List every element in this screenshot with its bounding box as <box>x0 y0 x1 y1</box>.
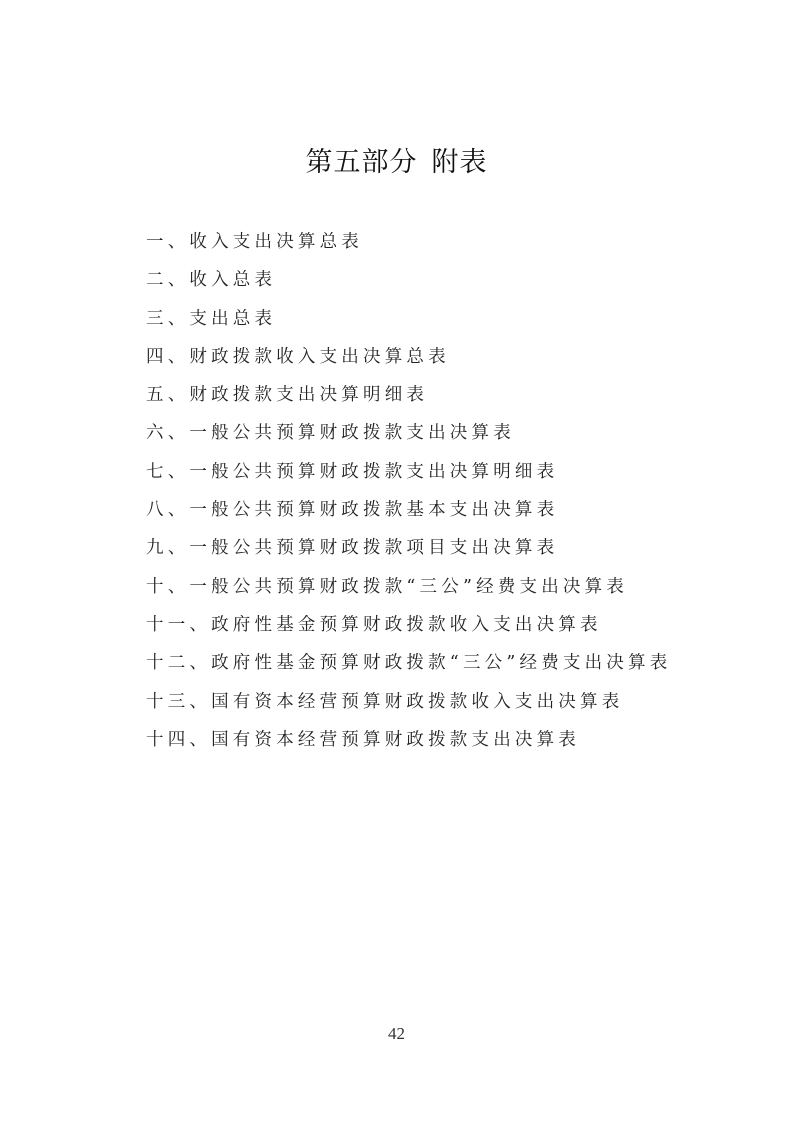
toc-item-number: 十、 <box>146 577 189 597</box>
toc-item: 二、收入总表 <box>146 265 671 303</box>
toc-item-number: 七、 <box>146 462 189 482</box>
toc-item: 十四、国有资本经营预算财政拨款支出决算表 <box>146 725 671 763</box>
toc-item-number: 十一、 <box>146 615 211 635</box>
toc-item: 五、财政拨款支出决算明细表 <box>146 380 671 418</box>
toc-item-label: 国有资本经营预算财政拨款支出决算表 <box>211 730 580 750</box>
toc-item-label: 一般公共预算财政拨款基本支出决算表 <box>189 500 558 520</box>
toc-item-number: 四、 <box>146 347 189 367</box>
toc-item: 四、财政拨款收入支出决算总表 <box>146 342 671 380</box>
toc-item-number: 八、 <box>146 500 189 520</box>
toc-item: 一、收入支出决算总表 <box>146 227 671 265</box>
title-part: 附表 <box>432 147 488 178</box>
toc-item: 八、一般公共预算财政拨款基本支出决算表 <box>146 495 671 533</box>
toc-item-label: 财政拨款支出决算明细表 <box>189 385 428 405</box>
page-title: 第五部分附表 <box>0 140 793 179</box>
toc-item-number: 十三、 <box>146 692 211 712</box>
toc-item-label: 一般公共预算财政拨款项目支出决算表 <box>189 538 558 558</box>
toc-item-number: 三、 <box>146 309 189 329</box>
toc-item-label: 收入支出决算总表 <box>189 232 363 252</box>
toc-item-label: 收入总表 <box>189 270 276 290</box>
toc-item: 十、一般公共预算财政拨款“三公”经费支出决算表 <box>146 572 671 610</box>
toc-item: 十一、政府性基金预算财政拨款收入支出决算表 <box>146 610 671 648</box>
toc-item-number: 一、 <box>146 232 189 252</box>
toc-item-label: 政府性基金预算财政拨款“三公”经费支出决算表 <box>211 653 671 673</box>
toc-item: 十三、国有资本经营预算财政拨款收入支出决算表 <box>146 687 671 725</box>
toc-item-number: 六、 <box>146 423 189 443</box>
toc-item-label: 政府性基金预算财政拨款收入支出决算表 <box>211 615 602 635</box>
title-part: 第五部分 <box>306 147 418 178</box>
toc-item-number: 五、 <box>146 385 189 405</box>
toc-item-number: 十二、 <box>146 653 211 673</box>
toc-item-label: 财政拨款收入支出决算总表 <box>189 347 449 367</box>
toc-item-label: 一般公共预算财政拨款支出决算表 <box>189 423 515 443</box>
toc-item-number: 二、 <box>146 270 189 290</box>
toc-item-label: 国有资本经营预算财政拨款收入支出决算表 <box>211 692 623 712</box>
toc-item-label: 一般公共预算财政拨款“三公”经费支出决算表 <box>189 577 628 597</box>
toc-item-label: 支出总表 <box>189 309 276 329</box>
toc-item-label: 一般公共预算财政拨款支出决算明细表 <box>189 462 558 482</box>
toc-item-number: 十四、 <box>146 730 211 750</box>
toc-item: 九、一般公共预算财政拨款项目支出决算表 <box>146 533 671 571</box>
toc-item: 六、一般公共预算财政拨款支出决算表 <box>146 418 671 456</box>
toc-item: 十二、政府性基金预算财政拨款“三公”经费支出决算表 <box>146 648 671 686</box>
page-number: 42 <box>0 1024 793 1044</box>
toc-item: 三、支出总表 <box>146 304 671 342</box>
toc-item: 七、一般公共预算财政拨款支出决算明细表 <box>146 457 671 495</box>
table-of-contents: 一、收入支出决算总表 二、收入总表 三、支出总表 四、财政拨款收入支出决算总表 … <box>146 227 671 763</box>
toc-item-number: 九、 <box>146 538 189 558</box>
